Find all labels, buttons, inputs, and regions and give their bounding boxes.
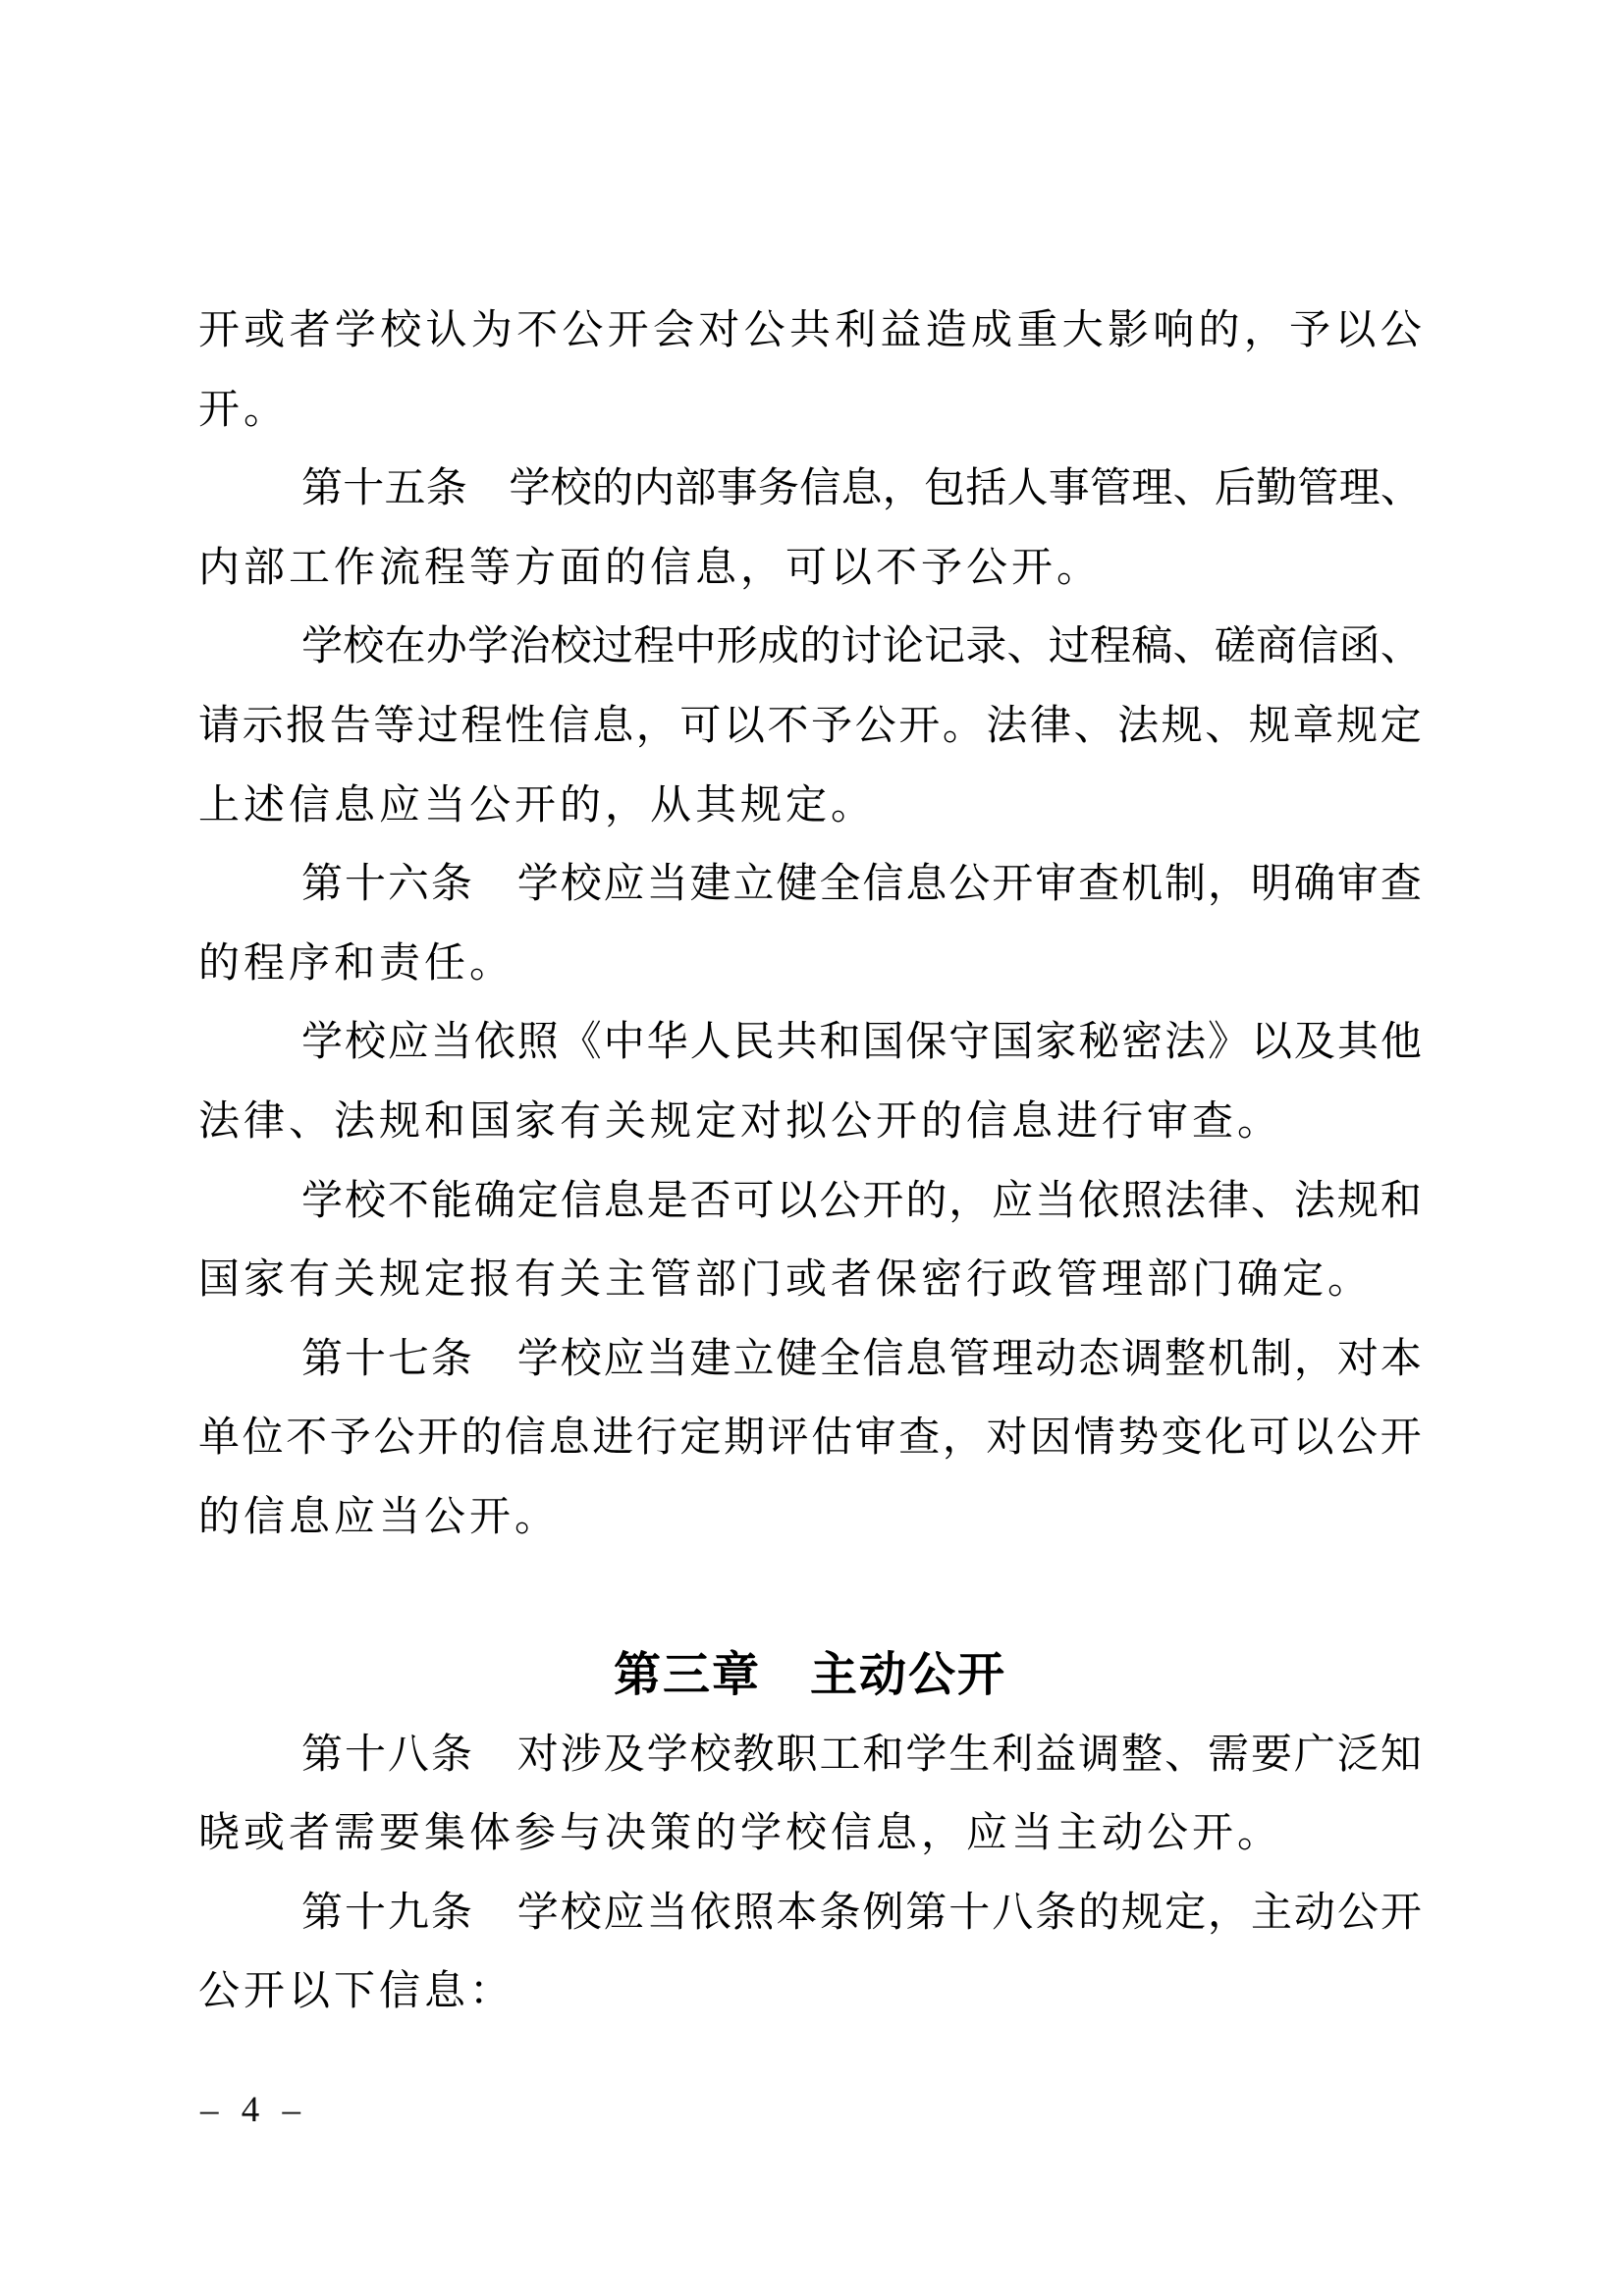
blank-line bbox=[198, 1558, 1422, 1637]
document-page: 开或者学校认为不公开会对公共利益造成重大影响的，予以公开。第十五条 学校的内部事… bbox=[0, 0, 1624, 2296]
text-line: 第十八条 对涉及学校教职工和学生利益调整、需要广泛知 bbox=[198, 1716, 1422, 1795]
text-line: 上述信息应当公开的，从其规定。 bbox=[198, 767, 1422, 846]
text-line: 晓或者需要集体参与决策的学校信息，应当主动公开。 bbox=[198, 1794, 1422, 1874]
text-line: 法律、法规和国家有关规定对拟公开的信息进行审查。 bbox=[198, 1083, 1422, 1162]
document-body: 开或者学校认为不公开会对公共利益造成重大影响的，予以公开。第十五条 学校的内部事… bbox=[198, 292, 1422, 2032]
text-line: 请示报告等过程性信息，可以不予公开。法律、法规、规章规定 bbox=[198, 687, 1422, 767]
text-line: 学校应当依照《中华人民共和国保守国家秘密法》以及其他 bbox=[198, 1003, 1422, 1083]
text-line: 第十九条 学校应当依照本条例第十八条的规定，主动公开 bbox=[198, 1874, 1422, 1953]
text-line: 内部工作流程等方面的信息，可以不予公开。 bbox=[198, 529, 1422, 609]
text-line: 学校不能确定信息是否可以公开的，应当依照法律、法规和 bbox=[198, 1162, 1422, 1242]
text-line: 第十五条 学校的内部事务信息，包括人事管理、后勤管理、 bbox=[198, 450, 1422, 529]
text-line: 公开以下信息： bbox=[198, 1952, 1422, 2032]
text-line: 开或者学校认为不公开会对公共利益造成重大影响的，予以公 bbox=[198, 292, 1422, 371]
text-line: 第十七条 学校应当建立健全信息管理动态调整机制，对本 bbox=[198, 1320, 1422, 1400]
page-number: – 4 – bbox=[200, 2089, 307, 2132]
text-line: 的信息应当公开。 bbox=[198, 1478, 1422, 1558]
chapter-heading: 第三章 主动公开 bbox=[198, 1636, 1422, 1716]
text-line: 国家有关规定报有关主管部门或者保密行政管理部门确定。 bbox=[198, 1241, 1422, 1320]
text-line: 开。 bbox=[198, 371, 1422, 451]
text-line: 学校在办学治校过程中形成的讨论记录、过程稿、磋商信函、 bbox=[198, 608, 1422, 687]
text-line: 第十六条 学校应当建立健全信息公开审查机制，明确审查 bbox=[198, 845, 1422, 925]
text-line: 单位不予公开的信息进行定期评估审查，对因情势变化可以公开 bbox=[198, 1399, 1422, 1478]
text-line: 的程序和责任。 bbox=[198, 925, 1422, 1004]
